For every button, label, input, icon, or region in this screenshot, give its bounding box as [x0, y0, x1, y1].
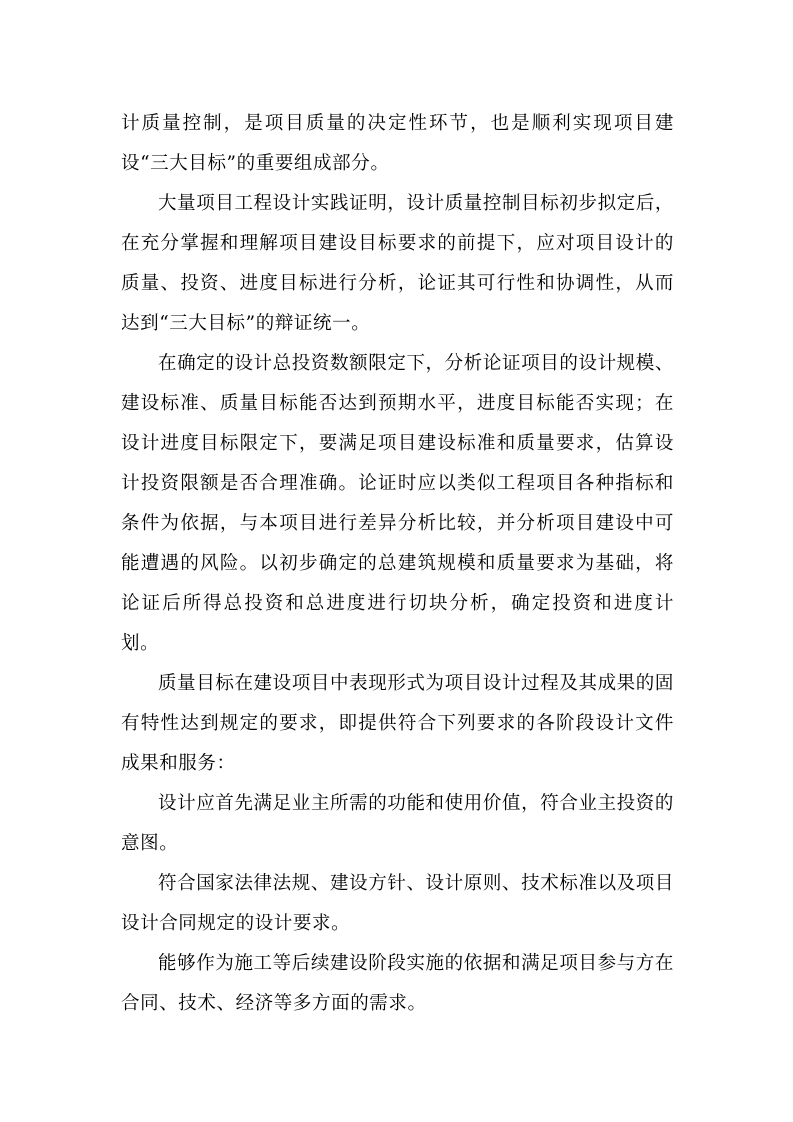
- paragraph-requirement-1: 设计应首先满足业主所需的功能和使用价值，符合业主投资的意图。: [121, 784, 674, 864]
- document-page: 计质量控制，是项目质量的决定性环节，也是顺利实现项目建设“三大目标”的重要组成部…: [0, 0, 793, 1122]
- document-body: 计质量控制，是项目质量的决定性环节，也是顺利实现项目建设“三大目标”的重要组成部…: [121, 104, 674, 1024]
- paragraph-design-practice: 大量项目工程设计实践证明，设计质量控制目标初步拟定后，在充分掌握和理解项目建设目…: [121, 184, 674, 344]
- paragraph-requirement-2: 符合国家法律法规、建设方针、设计原则、技术标准以及项目设计合同规定的设计要求。: [121, 864, 674, 944]
- paragraph-investment-analysis: 在确定的设计总投资数额限定下，分析论证项目的设计规模、建设标准、质量目标能否达到…: [121, 344, 674, 664]
- paragraph-requirement-3: 能够作为施工等后续建设阶段实施的依据和满足项目参与方在合同、技术、经济等多方面的…: [121, 944, 674, 1024]
- paragraph-continuation: 计质量控制，是项目质量的决定性环节，也是顺利实现项目建设“三大目标”的重要组成部…: [121, 104, 674, 184]
- paragraph-quality-target: 质量目标在建设项目中表现形式为项目设计过程及其成果的固有特性达到规定的要求，即提…: [121, 664, 674, 784]
